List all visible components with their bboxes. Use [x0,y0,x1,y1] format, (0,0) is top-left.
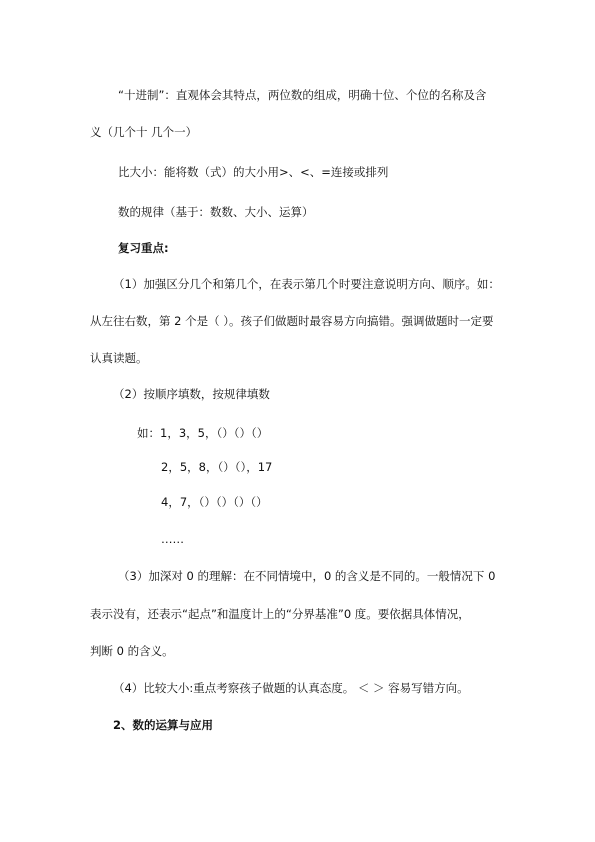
paragraph-point-1: （1）加强区分几个和第几个，在表示第几个时要注意说明方向、顺序。如： [113,276,500,292]
paragraph-decimal-system: “十进制”：直观体会其特点，两位数的组成，明确十位、个位的名称及含 [118,87,486,103]
paragraph-point-3-cont: 表示没有，还表示“起点”和温度计上的“分界基准”0 度。要依据具体情况， [90,606,470,622]
paragraph-compare-size: 比大小：能将数（式）的大小用>、<、=连接或排列 [118,164,388,180]
section-heading-review-focus: 复习重点: [118,240,169,256]
section-heading-operations: 2、数的运算与应用 [113,717,213,733]
paragraph-point-4: （4）比较大小:重点考察孩子做题的认真态度。 ＜ ＞ 容易写错方向。 [113,680,469,696]
paragraph-point-1-cont: 从左往右数，第 2 个是（ ）。孩子们做题时最容易方向搞错。强调做题时一定要 [90,313,494,329]
paragraph-point-3-end: 判断 0 的含义。 [90,643,174,659]
paragraph-point-2: （2）按顺序填数，按规律填数 [113,386,270,402]
example-sequence-2: 2，5，8，（）（），17 [161,459,272,475]
paragraph-point-3: （3）加深对 0 的理解：在不同情境中，0 的含义是不同的。一般情况下 0 [118,568,495,584]
example-sequence-3: 4，7，（）（）（）（） [161,494,268,510]
paragraph-decimal-system-cont: 义（几个十 几个一） [90,124,197,140]
paragraph-point-1-end: 认真读题。 [90,350,148,366]
example-ellipsis: …… [161,531,184,547]
example-sequence-1: 如：1，3，5，（）（）（） [137,425,268,441]
paragraph-number-patterns: 数的规律（基于：数数、大小、运算） [118,204,314,220]
